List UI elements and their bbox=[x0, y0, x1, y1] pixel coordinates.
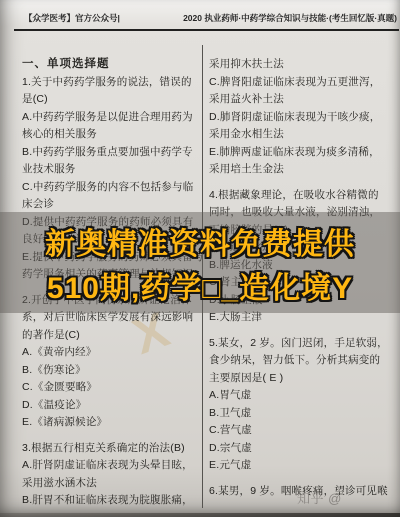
text-line: B.《伤寒论》 bbox=[22, 362, 198, 380]
text-line: 采用金水相生法 bbox=[209, 126, 395, 144]
text-line: A.肝肾阴虚证临床表现为头晕目眩， bbox=[22, 457, 198, 475]
text-line: C.中药药学服务的内容不包括参与临 bbox=[22, 179, 198, 197]
text-line: 一、单项选择题 bbox=[22, 56, 198, 74]
text-line: C.脾肾阳虚证临床表现为五更泄泻， bbox=[209, 74, 395, 92]
text-line: C.《金匮要略》 bbox=[22, 379, 198, 397]
watermark-text-line2: 510期,药学□_造化境Y bbox=[0, 263, 400, 307]
line-gap bbox=[22, 432, 198, 440]
text-line: 业技术服务 bbox=[22, 161, 198, 179]
text-line: 核心的相关服务 bbox=[22, 126, 198, 144]
line-gap bbox=[209, 475, 395, 483]
line-gap bbox=[209, 179, 395, 187]
text-line: E.元气虚 bbox=[209, 457, 395, 475]
text-line: B.中药药学服务重点要加强中药学专 bbox=[22, 144, 198, 162]
text-line: 食少纳呆，智力低下。分析其病变的 bbox=[209, 352, 395, 370]
text-line: C.营气虚 bbox=[209, 422, 395, 440]
header-divider-line bbox=[14, 29, 399, 31]
page-header: 【众学医考】官方公众号| 2020 执业药师·中药学综合知识与技能·(考生回忆版… bbox=[24, 12, 397, 24]
text-line: A.胃气虚 bbox=[209, 387, 395, 405]
text-line: B.卫气虚 bbox=[209, 405, 395, 423]
text-line: A.中药药学服务是以促进合理用药为 bbox=[22, 109, 198, 127]
text-line: 3.根据五行相克关系确定的治法(B) bbox=[22, 440, 198, 458]
text-line: B.肝胃不和证临床表现为脘腹胀痛， bbox=[22, 492, 198, 510]
text-line: 采用培土生金法 bbox=[209, 161, 395, 179]
photo-bottom-edge bbox=[0, 513, 400, 517]
text-line: 采用滋水涵木法 bbox=[22, 475, 198, 493]
text-line: 床会诊 bbox=[22, 196, 198, 214]
watermark-text-line1: 新奥精准资料免费提供 bbox=[0, 219, 400, 263]
text-line: 的著作是(C) bbox=[22, 327, 198, 345]
line-gap bbox=[209, 327, 395, 335]
header-brand: 【众学医考】官方公众号| bbox=[24, 12, 120, 24]
zhihu-corner-watermark: 知乎 @ bbox=[297, 488, 342, 507]
document-page: 【众学医考】官方公众号| 2020 执业药师·中药学综合知识与技能·(考生回忆版… bbox=[0, 0, 400, 517]
text-line: D.《温疫论》 bbox=[22, 397, 198, 415]
text-line: 4.根据藏象理论，在吸收水谷精微的 bbox=[209, 187, 395, 205]
text-line: D.宗气虚 bbox=[209, 440, 395, 458]
text-line: 采用益火补土法 bbox=[209, 91, 395, 109]
watermark-band: 新奥精准资料免费提供 510期,药学□_造化境Y bbox=[0, 212, 400, 313]
text-line: A.《黄帝内经》 bbox=[22, 344, 198, 362]
text-line: 1.关于中药药学服务的说法，错误的 bbox=[22, 74, 198, 92]
header-exam-title: 2020 执业药师·中药学综合知识与技能·(考生回忆版·真题) bbox=[183, 12, 397, 24]
text-line: 5.某女，2 岁。囟门迟闭，手足软弱， bbox=[209, 335, 395, 353]
text-line: E.《诸病源候论》 bbox=[22, 414, 198, 432]
text-line: 采用抑木扶土法 bbox=[209, 56, 395, 74]
text-line: D.肺肾阴虚证临床表现为干咳少痰， bbox=[209, 109, 395, 127]
text-line: 主要原因是( E ) bbox=[209, 370, 395, 388]
text-line: E.肺脾两虚证临床表现为痰多清稀， bbox=[209, 144, 395, 162]
text-line: 是(C) bbox=[22, 91, 198, 109]
